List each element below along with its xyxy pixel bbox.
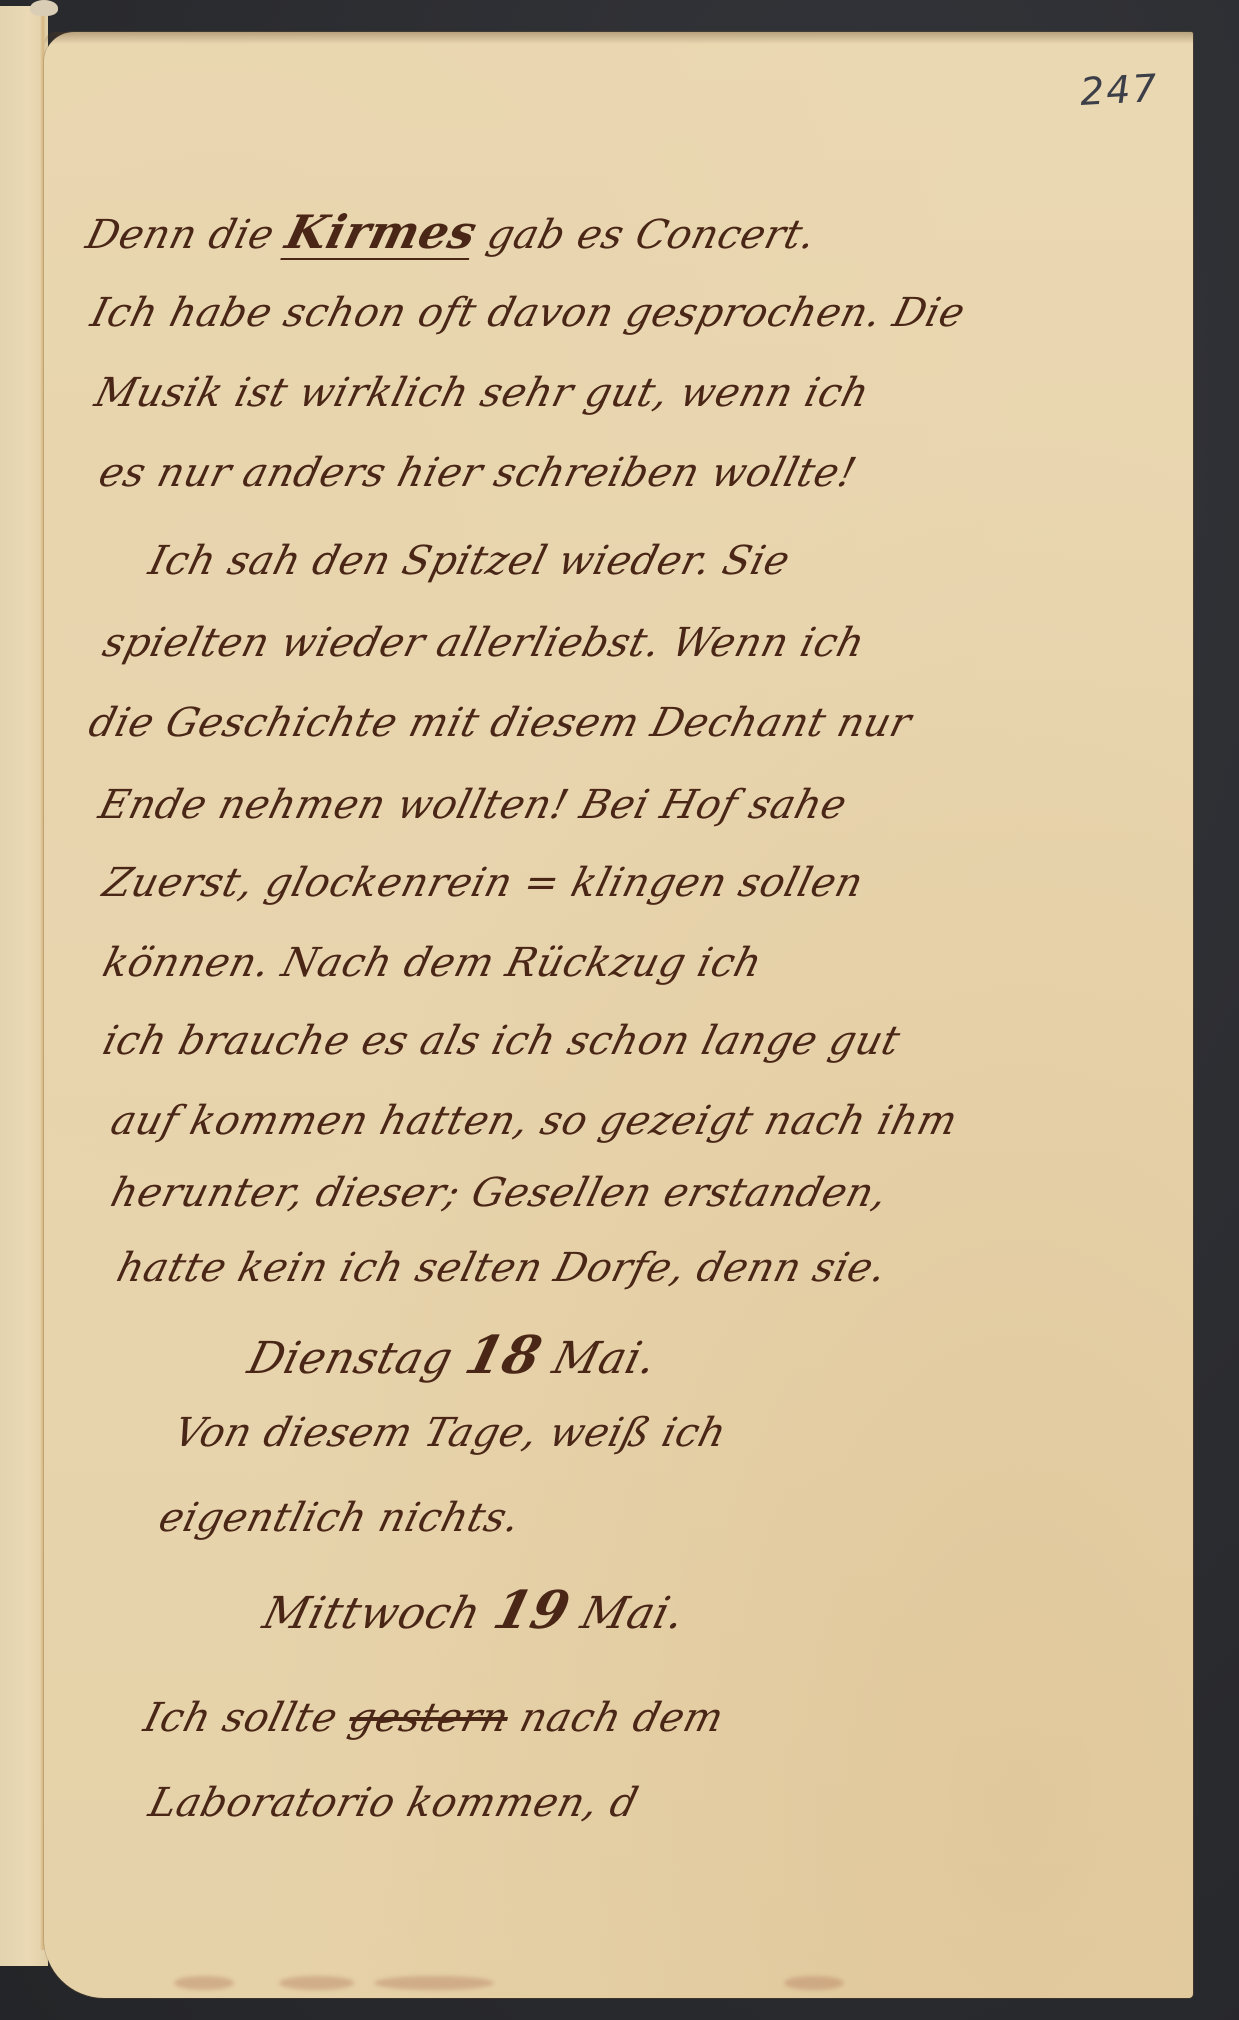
manuscript-line-6: spielten wieder allerliebst. Wenn ich [98,620,869,666]
date-weekday: Dienstag [243,1333,458,1384]
line-text: nach dem [502,1695,728,1741]
struck-word: gestern [344,1695,513,1741]
water-stain [279,1976,354,1990]
manuscript-line-5: Ich sah den Spitzel wieder. Sie [144,538,794,584]
manuscript-line-9: Zuerst, glockenrein = klingen sollen [98,860,868,906]
entry-line: Von diesem Tage, weiß ich [169,1410,731,1456]
manuscript-line-2: Ich habe schon oft davon gesprochen. Die [86,290,969,336]
entry-line: Ich sollte gestern nach dem [139,1695,728,1741]
date-day: 18 [459,1325,548,1386]
line-text: gab es Concert. [469,212,820,258]
manuscript-line-8: Ende nehmen wollten! Bei Hof sahe [94,782,851,828]
line-text: Denn die [82,212,293,258]
manuscript-line-14: hatte kein ich selten Dorfe, denn sie. [112,1245,891,1291]
entry-line: Laboratorio kommen, d [144,1780,643,1826]
manuscript-line-3: Musik ist wirklich sehr gut, wenn ich [90,370,874,416]
entry-line: eigentlich nichts. [154,1495,525,1541]
entry-date-heading: Dienstag 18 Mai. [242,1325,663,1386]
date-day: 19 [488,1580,577,1641]
binding-thread [30,0,58,16]
date-weekday: Mittwoch [258,1588,486,1639]
manuscript-line-12: auf kommen hatten, so gezeigt nach ihm [106,1098,962,1144]
manuscript-line-7: die Geschichte mit diesem Dechant nur [84,700,916,746]
water-stain [174,1976,234,1990]
folio-number: 247 [1079,66,1160,114]
date-month: Mai. [576,1588,690,1639]
manuscript-line-13: herunter, dieser; Gesellen erstanden, [106,1170,892,1216]
date-month: Mai. [548,1333,662,1384]
water-stain [374,1976,494,1990]
manuscript-line-11: ich brauche es als ich schon lange gut [98,1018,905,1064]
manuscript-line-1: Denn die Kirmes gab es Concert. [81,205,822,259]
entry-date-heading: Mittwoch 19 Mai. [257,1580,692,1641]
water-stain [784,1976,844,1990]
underlined-word-kirmes: Kirmes [281,205,483,259]
manuscript-line-10: können. Nach dem Rückzug ich [98,940,766,986]
line-text: Ich sollte [139,1695,355,1741]
manuscript-line-4: es nur anders hier schreiben wollte! [94,450,861,496]
